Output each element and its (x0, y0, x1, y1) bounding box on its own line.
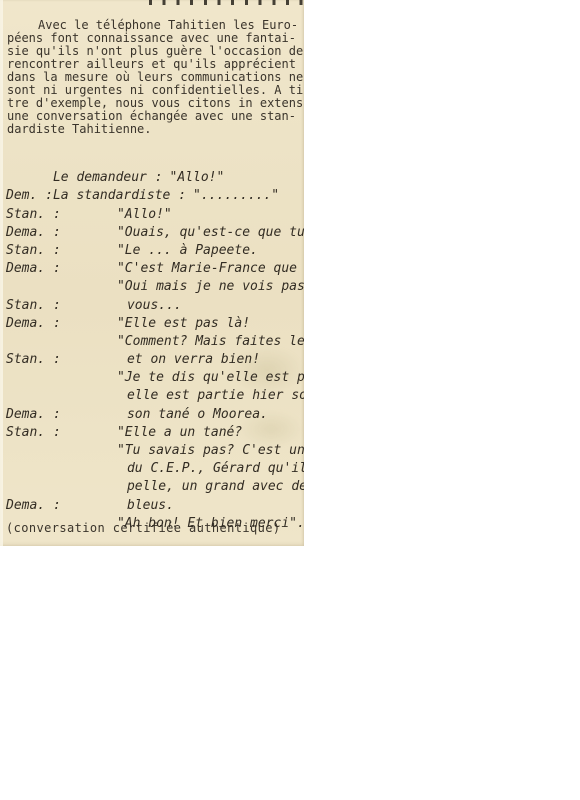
speaker-label: Stan. : (6, 297, 61, 315)
dialog-row: Dema. :"Le ... à Papeete. (6, 224, 304, 242)
dialog-row: son tané o Moorea. (6, 387, 304, 405)
speaker-label: Stan. : (6, 351, 61, 369)
speaker-label: Dem. : (6, 187, 53, 205)
dialog-row: bleus. (6, 478, 304, 496)
speaker-label: Dema. : (6, 497, 61, 515)
dialog-row: Dema. :"Ah bon! Et bien merci". (6, 497, 304, 515)
speaker-label: Dema. : (6, 224, 61, 242)
dialog-row: Stan. :"Ouais, qu'est-ce que tu veux? (6, 206, 304, 224)
speaker-label: Stan. : (6, 242, 61, 260)
speaker-label: Stan. : (6, 206, 61, 224)
dialog-row: Stan. :"Tu savais pas? C'est un météo (6, 424, 304, 442)
cut-off-text-marks (149, 0, 303, 5)
speaker-label: Dema. : (6, 260, 61, 278)
scanned-page: Avec le téléphone Tahitien les Euro- pée… (0, 0, 304, 546)
speaker-label: Dema. : (6, 315, 61, 333)
speaker-label: Stan. : (6, 424, 61, 442)
dialog-row: Stan. :"C'est Marie-France que tu veux (6, 242, 304, 260)
page: { "colors": { "background": "#ffffff", "… (0, 0, 580, 800)
dialog-row: Dem. :"Allo!" (6, 187, 304, 205)
dialog-row: Le demandeur :"Allo!" (6, 151, 304, 169)
dialog-row: vous... (6, 278, 304, 296)
dialog-row: pelle, un grand avec des yeux (6, 460, 304, 478)
dialog-transcript: Le demandeur :"Allo!" La standardiste :"… (6, 151, 304, 537)
speaker-label: Dema. : (6, 406, 61, 424)
dialog-row: du C.E.P., Gérard qu'il s'ap- (6, 442, 304, 460)
dialog-row: elle est partie hier soir avec (6, 369, 304, 387)
dialog-row: Dema. :"Oui mais je ne vois pas comment (6, 260, 304, 278)
dialog-row: Stan. :"Je te dis qu'elle est pas là, (6, 351, 304, 369)
intro-line: dardiste Tahitienne. (7, 123, 303, 136)
dialog-row: Stan. :"Elle est pas là! (6, 297, 304, 315)
dialog-text: "Ah bon! Et bien merci". (117, 516, 304, 531)
dialog-row: Dema. :"Elle a un tané? (6, 406, 304, 424)
intro-paragraph: Avec le téléphone Tahitien les Euro- pée… (7, 19, 303, 136)
dialog-row: Dema. :"Comment? Mais faites le numéro (6, 315, 304, 333)
dialog-row: et on verra bien! (6, 333, 304, 351)
dialog-row: La standardiste :"........." (6, 169, 304, 187)
